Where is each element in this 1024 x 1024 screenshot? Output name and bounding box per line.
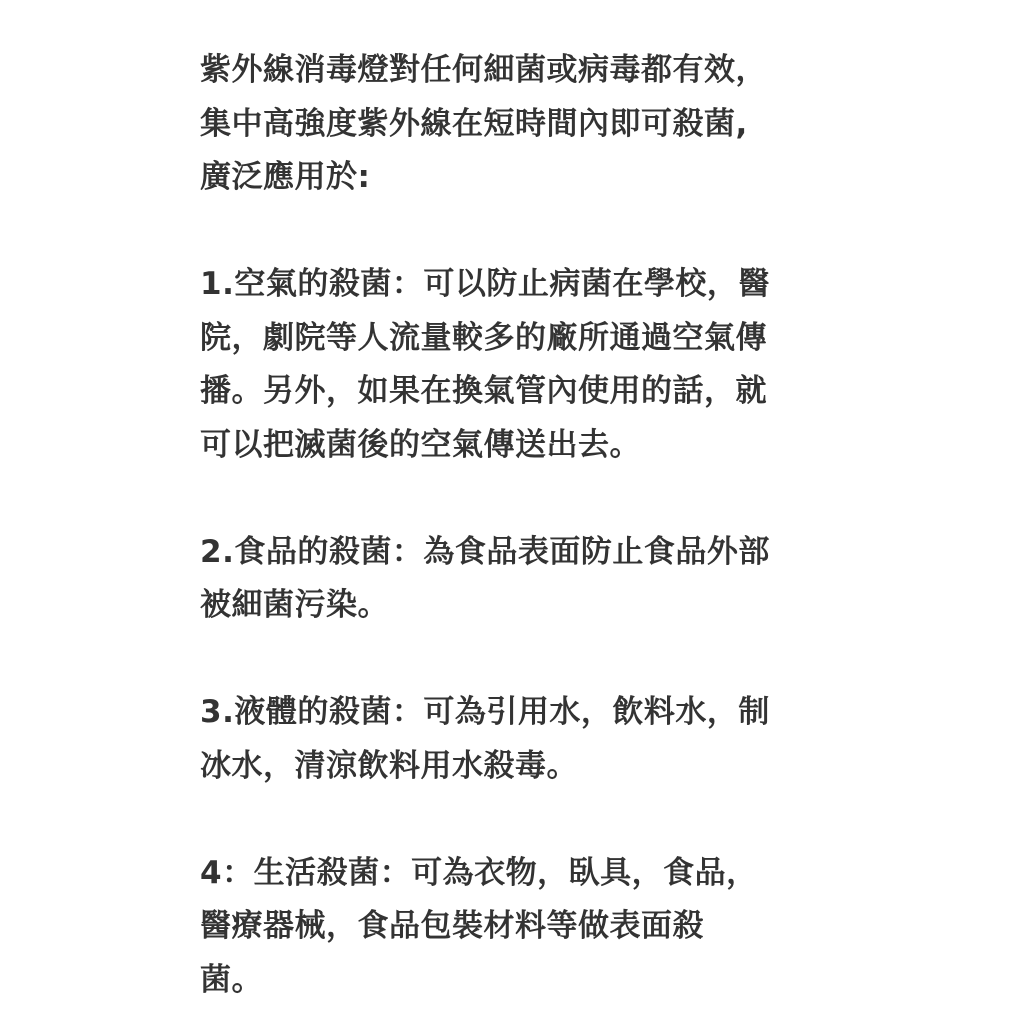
text-line: 醫療器械，食品包裝材料等做表面殺 — [200, 900, 850, 954]
article-body: 紫外線消毒燈對任何細菌或病毒都有效， 集中高強度紫外線在短時間內即可殺菌, 廣泛… — [200, 44, 850, 1007]
paragraph-spacer — [200, 793, 850, 847]
text-line: 3.液體的殺菌：可為引用水，飲料水，制 — [200, 686, 850, 740]
text-line: 廣泛應用於: — [200, 151, 850, 205]
intro-paragraph: 紫外線消毒燈對任何細菌或病毒都有效， 集中高強度紫外線在短時間內即可殺菌, 廣泛… — [200, 44, 850, 205]
text-line: 被細菌污染。 — [200, 579, 850, 633]
text-line: 1.空氣的殺菌：可以防止病菌在學校，醫 — [200, 258, 850, 312]
section-food-sterilization: 2.食品的殺菌：為食品表面防止食品外部 被細菌污染。 — [200, 526, 850, 633]
paragraph-spacer — [200, 633, 850, 687]
paragraph-spacer — [200, 472, 850, 526]
text-line: 集中高強度紫外線在短時間內即可殺菌, — [200, 98, 850, 152]
paragraph-spacer — [200, 205, 850, 259]
text-line: 紫外線消毒燈對任何細菌或病毒都有效， — [200, 44, 850, 98]
section-liquid-sterilization: 3.液體的殺菌：可為引用水，飲料水，制 冰水，清涼飲料用水殺毒。 — [200, 686, 850, 793]
text-line: 4：生活殺菌：可為衣物，臥具，食品， — [200, 847, 850, 901]
text-line: 菌。 — [200, 954, 850, 1008]
text-line: 院，劇院等人流量較多的廠所通過空氣傳 — [200, 312, 850, 366]
section-daily-sterilization: 4：生活殺菌：可為衣物，臥具，食品， 醫療器械，食品包裝材料等做表面殺 菌。 — [200, 847, 850, 1008]
text-line: 播。另外，如果在換氣管內使用的話，就 — [200, 365, 850, 419]
section-air-sterilization: 1.空氣的殺菌：可以防止病菌在學校，醫 院，劇院等人流量較多的廠所通過空氣傳 播… — [200, 258, 850, 472]
text-line: 冰水，清涼飲料用水殺毒。 — [200, 740, 850, 794]
text-line: 可以把滅菌後的空氣傳送出去。 — [200, 419, 850, 473]
document-page: 紫外線消毒燈對任何細菌或病毒都有效， 集中高強度紫外線在短時間內即可殺菌, 廣泛… — [0, 0, 1024, 1024]
text-line: 2.食品的殺菌：為食品表面防止食品外部 — [200, 526, 850, 580]
